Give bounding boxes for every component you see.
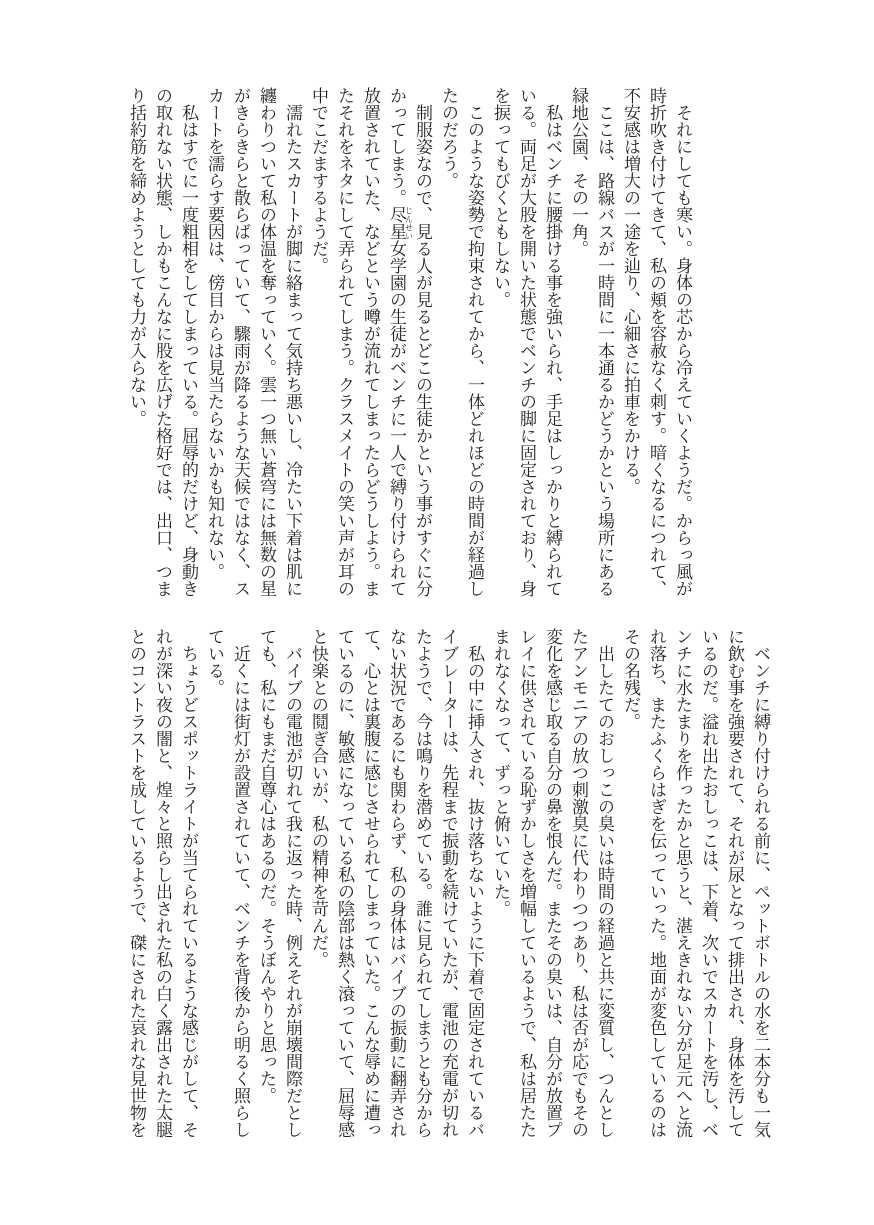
paragraph: バイブの電池が切れて我に返った時、例えそれが崩壊間際だとしても、私にもまだ自尊心… [253,628,305,1140]
paragraph: ちょうどスポットライトが当てられているような感じがして、それが深い夜の闇と、煌々… [123,628,201,1140]
paragraph: 制服姿なので、見る人が見るとどこの生徒かという事がすぐに分かってしまう。尽星じん… [305,87,435,599]
paragraph: ここは、路線バスが一時間に一本通るかどうかという場所にある緑地公園、その一角。 [565,87,617,599]
novel-page: それにしても寒い。身体の芯から冷えていくようだ。からっ風が時折吹き付けてきて、私… [0,0,874,1225]
paragraph: 濡れたスカートが脚に絡まって気持ち悪いし、冷たい下着は肌に纏わりついて私の体温を… [201,87,305,599]
paragraph: 私はベンチに腰掛ける事を強いられ、手足はしっかりと縛られている。両足が大股を開い… [487,87,565,599]
paragraph: ベンチに縛り付けられる前に、ペットボトルの水を二本分も一気に飲む事を強要されて、… [617,628,773,1140]
paragraph: 私の中に挿入され、抜け落ちないように下着で固定されているバイブレーターは、先程ま… [305,628,487,1140]
paragraph: 私はすでに一度粗相をしてしまっている。屈辱的だけど、身動きの取れない状態、しかも… [123,87,201,599]
ruby-annotated-word: 尽星じんせい [386,206,406,240]
paragraph: このような姿勢で拘束されてから、一体どれほどの時間が経過したのだろう。 [435,87,487,599]
text-block-page-bottom: ベンチに縛り付けられる前に、ペットボトルの水を二本分も一気に飲む事を強要されて、… [123,628,773,1140]
paragraph: それにしても寒い。身体の芯から冷えていくようだ。からっ風が時折吹き付けてきて、私… [617,87,695,599]
paragraph: 出したてのおしっこの臭いは時間の経過と共に変質し、つんとしたアンモニアの放つ刺激… [487,628,617,1140]
text-block-page-top: それにしても寒い。身体の芯から冷えていくようだ。からっ風が時折吹き付けてきて、私… [123,87,695,599]
paragraph: 近くには街灯が設置されていて、ベンチを背後から明るく照らしている。 [201,628,253,1140]
